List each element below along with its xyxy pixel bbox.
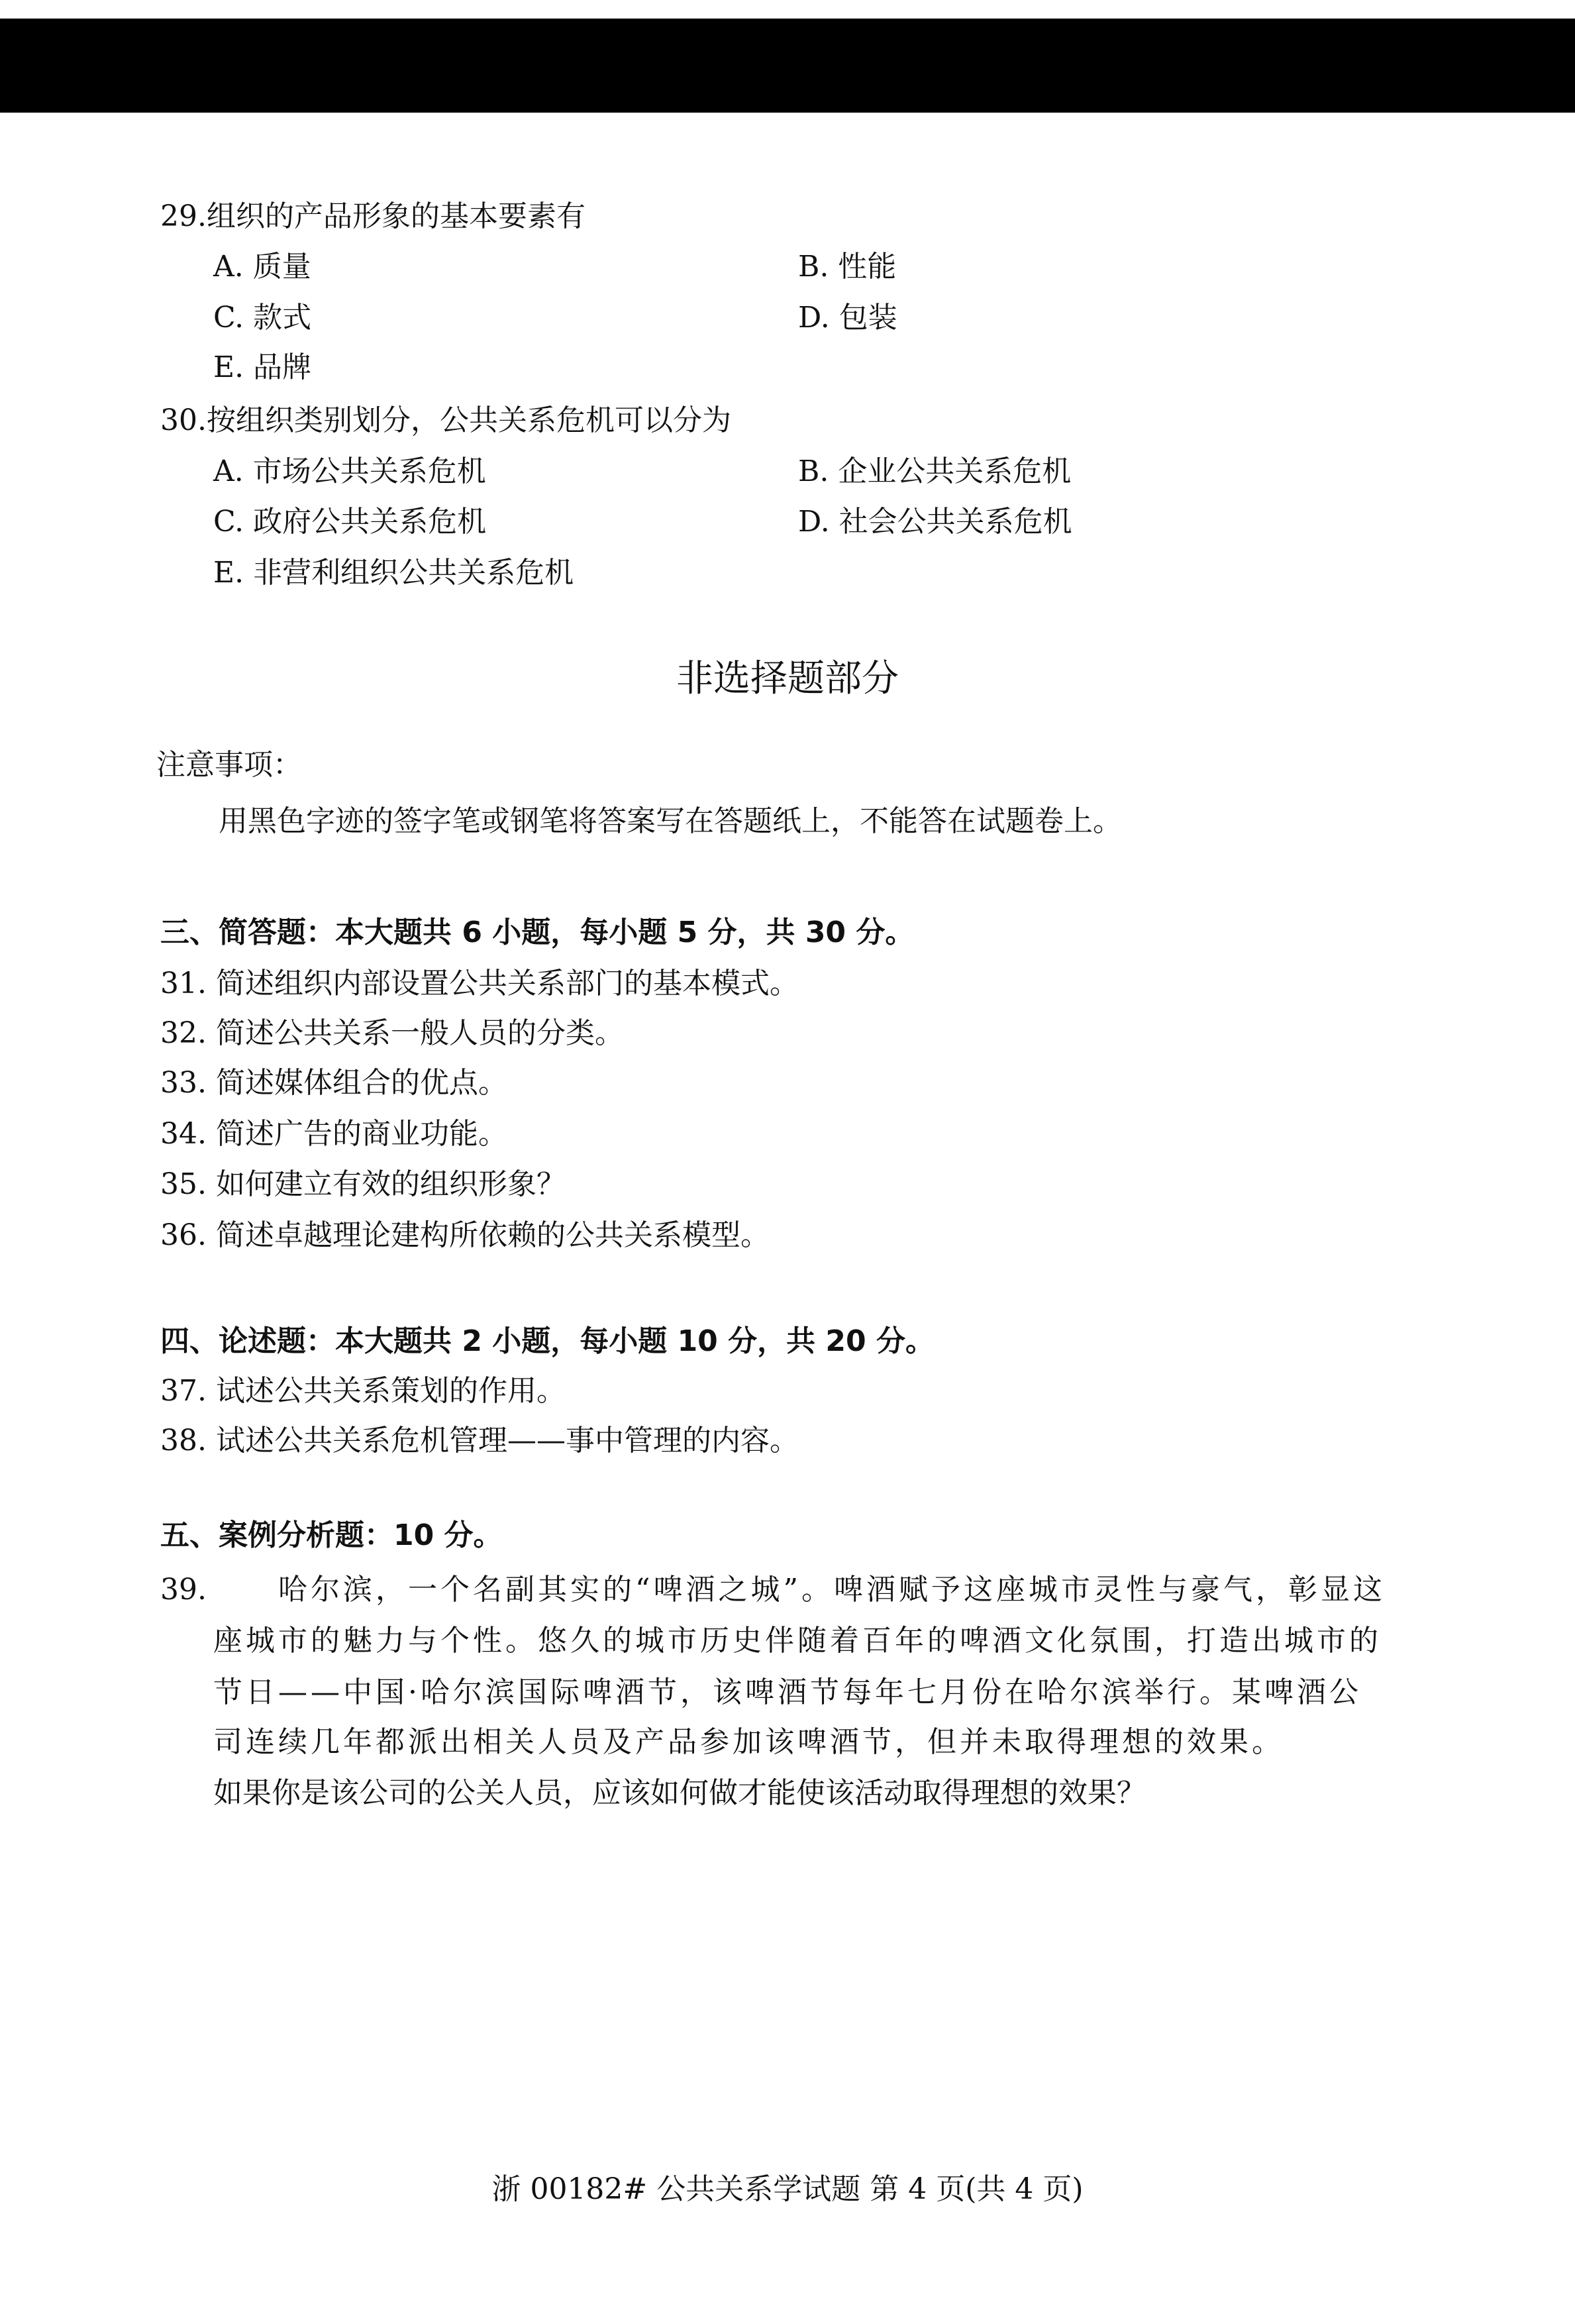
question-29-option-b: B. 性能: [798, 248, 896, 286]
question-29-option-c: C. 款式: [213, 299, 311, 337]
question-38: 38. 试述公共关系危机管理——事中管理的内容。: [160, 1422, 799, 1459]
question-33: 33. 简述媒体组合的优点。: [160, 1065, 507, 1102]
question-31: 31. 简述组织内部设置公共关系部门的基本模式。: [160, 965, 799, 1002]
case-paragraph-line-1: 哈尔滨，一个名副其实的“啤酒之城”。啤酒赋予这座城市灵性与豪气，彰显这: [278, 1571, 1386, 1609]
question-29-stem: 29.组织的产品形象的基本要素有: [160, 198, 585, 235]
part-heading: 非选择题部分: [0, 656, 1575, 702]
question-36: 36. 简述卓越理论建构所依赖的公共关系模型。: [160, 1217, 770, 1254]
section-title-case-analysis: 五、案例分析题：10 分。: [160, 1517, 503, 1554]
question-text: 组织的产品形象的基本要素有: [207, 199, 585, 233]
page-footer: 浙 00182# 公共关系学试题 第 4 页(共 4 页): [0, 2171, 1575, 2208]
case-paragraph-line-4: 司连续几年都派出相关人员及产品参加该啤酒节，但并未取得理想的效果。: [213, 1724, 1284, 1761]
question-30-option-e: E. 非营利组织公共关系危机: [213, 555, 574, 592]
case-question: 如果你是该公司的公关人员，应该如何做才能使该活动取得理想的效果？: [213, 1775, 1146, 1812]
question-30-option-c: C. 政府公共关系危机: [213, 503, 486, 541]
notice-instruction: 用黑色字迹的签字笔或钢笔将答案写在答题纸上，不能答在试题卷上。: [219, 803, 1122, 840]
scan-top-bar: [0, 19, 1575, 113]
question-35: 35. 如何建立有效的组织形象？: [160, 1166, 566, 1203]
question-32: 32. 简述公共关系一般人员的分类。: [160, 1015, 624, 1052]
question-text: 按组织类别划分，公共关系危机可以分为: [207, 403, 731, 437]
question-34: 34. 简述广告的商业功能。: [160, 1116, 507, 1153]
case-paragraph-line-3: 节日——中国·哈尔滨国际啤酒节，该啤酒节每年七月份在哈尔滨举行。某啤酒公: [213, 1674, 1362, 1711]
question-30-stem: 30.按组织类别划分，公共关系危机可以分为: [160, 402, 731, 439]
question-29-option-d: D. 包装: [798, 299, 897, 337]
section-title-short-answer: 三、简答题：本大题共 6 小题，每小题 5 分，共 30 分。: [160, 914, 914, 951]
section-title-essay: 四、论述题：本大题共 2 小题，每小题 10 分，共 20 分。: [160, 1323, 935, 1360]
question-29-option-a: A. 质量: [213, 248, 311, 286]
question-number: 29.: [160, 199, 207, 233]
question-number: 30.: [160, 403, 207, 437]
question-30-option-d: D. 社会公共关系危机: [798, 503, 1072, 541]
case-paragraph-line-2: 座城市的魅力与个性。悠久的城市历史伴随着百年的啤酒文化氛围，打造出城市的: [213, 1622, 1382, 1660]
question-39-number: 39.: [160, 1571, 207, 1609]
question-37: 37. 试述公共关系策划的作用。: [160, 1373, 566, 1410]
question-30-option-b: B. 企业公共关系危机: [798, 453, 1071, 490]
notice-label: 注意事项：: [156, 747, 302, 784]
question-29-option-e: E. 品牌: [213, 349, 311, 386]
question-30-option-a: A. 市场公共关系危机: [213, 453, 486, 490]
